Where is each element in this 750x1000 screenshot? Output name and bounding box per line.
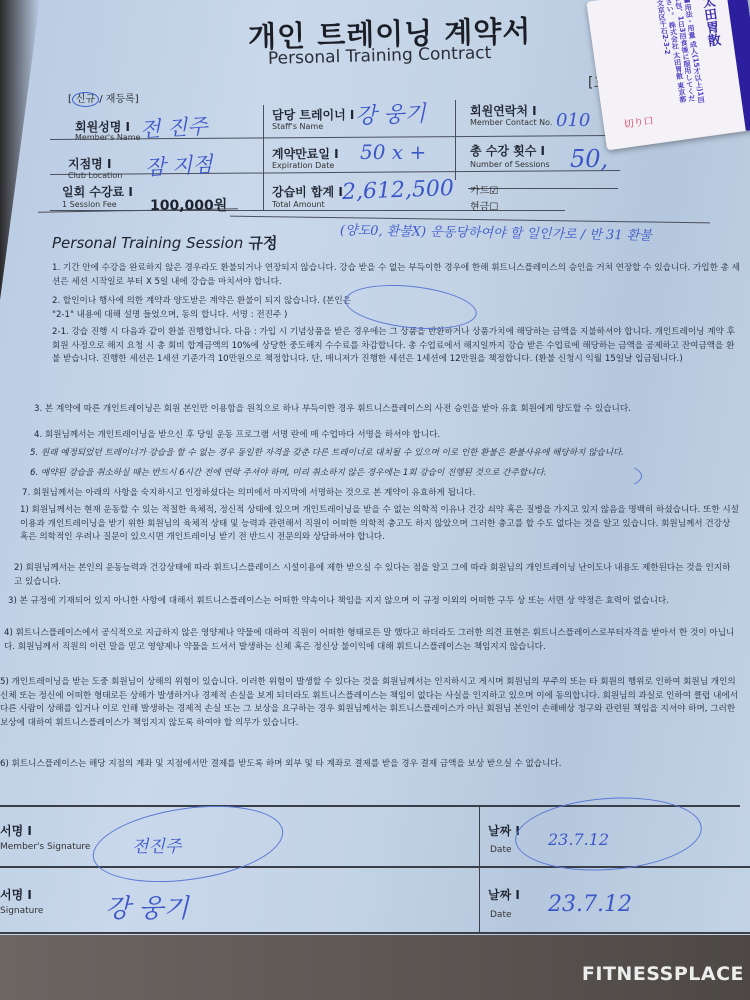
registration-type: [신규/ 재등록] bbox=[68, 90, 139, 105]
rules-title-ko: 규정 bbox=[249, 234, 278, 252]
pen-arc-mark bbox=[540, 460, 642, 492]
rule-item: 4) 휘트니스플레이스에서 공식적으로 지급하지 않은 영양제나 약물에 대하여… bbox=[4, 627, 740, 654]
number-of-sessions-label: 총 수강 횟수 I bbox=[470, 142, 545, 159]
session-fee-label-en: 1 Session Fee bbox=[62, 200, 117, 209]
staff-name-label-en: Staff's Name bbox=[272, 122, 323, 131]
pen-circle-mark bbox=[88, 795, 288, 893]
contract-paper: 개인 트레이닝 계약서 Personal Training Contract [… bbox=[0, 0, 750, 1000]
member-name-value[interactable]: 전 진주 bbox=[139, 110, 208, 143]
rule-item: 1) 회원님께서는 현재 운동할 수 있는 적절한 육체적, 정신적 상태에 있… bbox=[20, 504, 740, 545]
rule-item: 3. 본 계약에 따른 개인트레이닝은 회원 본인만 이용함을 원칙으로 하나 … bbox=[34, 403, 724, 417]
staff-name-value[interactable]: 강 웅기 bbox=[354, 97, 426, 130]
checkbox-icon: ☑ bbox=[489, 186, 498, 197]
medicine-packet: ■用法・用量 成人(15才以上)1回1包、1日3回食後に服用してください。 株式… bbox=[586, 0, 750, 150]
staff-signature-label-en: Signature bbox=[0, 906, 43, 916]
registration-new: 신규 bbox=[72, 92, 99, 107]
member-contact-label-en: Member Contact No. bbox=[470, 118, 552, 127]
packet-cut-label: 切り口 bbox=[623, 112, 655, 131]
checkbox-icon: ☐ bbox=[489, 202, 498, 213]
member-contact-label: 회원연락처 I bbox=[470, 102, 537, 119]
session-fee-label: 일회 수강료 I bbox=[62, 183, 133, 200]
rule-item: 2) 회원님께서는 본인의 운동능력과 건강상태에 따라 휘트니스플레이스 시설… bbox=[14, 562, 734, 589]
form-divider bbox=[50, 170, 620, 175]
rule-item: 5) 개인트레이닝을 받는 도중 회원님이 상해의 위험이 있습니다. 이러한 … bbox=[0, 676, 740, 730]
rule-item: 2. 할인이나 행사에 의한 계약과 양도받은 계약은 환불이 되지 않습니다.… bbox=[52, 295, 352, 322]
member-signature-value[interactable]: 전진주 bbox=[132, 832, 181, 857]
packet-color-band bbox=[725, 0, 750, 131]
member-date-value[interactable]: 23.7.12 bbox=[548, 830, 609, 849]
rules-title: Personal Training Session 규정 bbox=[52, 232, 278, 253]
brand-logo: FITNESSPLACE bbox=[582, 963, 744, 985]
payment-card-label: 카드 bbox=[470, 186, 489, 197]
expiration-date-label-en: Expiration Date bbox=[272, 161, 334, 170]
member-contact-value[interactable]: 010 bbox=[556, 110, 590, 131]
member-signature-label-en: Member's Signature bbox=[0, 842, 90, 852]
staff-name-label: 담당 트레이너 I bbox=[272, 106, 354, 123]
total-amount-label-en: Total Amount bbox=[272, 200, 325, 209]
payment-card[interactable]: 카드☑ bbox=[470, 182, 498, 197]
member-signature-label: 서명 I bbox=[0, 822, 32, 839]
total-amount-label: 강습비 합계 I bbox=[272, 183, 343, 200]
staff-date-label-en: Date bbox=[490, 910, 512, 920]
form-divider bbox=[455, 100, 456, 180]
number-of-sessions-value[interactable]: 50, bbox=[570, 145, 608, 173]
club-location-label-en: Club Location bbox=[68, 171, 122, 180]
signature-divider bbox=[0, 932, 750, 934]
expiration-date-label: 계약만료일 I bbox=[272, 145, 339, 162]
rule-item: 3) 본 규정에 기재되어 있지 아니한 사항에 대해서 휘트니스플레이스는 어… bbox=[8, 595, 738, 609]
rule-item: 6) 휘트니스플레이스는 해당 지점의 계좌 및 지점에서만 결제를 받도록 하… bbox=[0, 758, 740, 772]
payment-cash-label: 현금 bbox=[470, 202, 489, 213]
packet-brand: 太田胃散 bbox=[697, 0, 723, 48]
club-location-label: 지점명 I bbox=[68, 155, 111, 172]
rule-item: 2-1. 강습 진행 시 다음과 같이 환불 진행합니다. 다음 : 가입 시 … bbox=[52, 326, 742, 367]
handwritten-note: (양도0, 환불X) 운동당하여야 할 일인가로 / 반 31 환불 bbox=[340, 219, 652, 243]
staff-signature-value[interactable]: 강 웅기 bbox=[105, 888, 189, 925]
form-divider bbox=[263, 105, 264, 210]
member-name-label-en: Member's Name bbox=[75, 133, 140, 142]
total-amount-value[interactable]: 2,612,500 bbox=[342, 176, 455, 205]
payment-cash[interactable]: 현금☐ bbox=[470, 198, 498, 213]
expiration-date-value[interactable]: 50 x + bbox=[360, 140, 426, 164]
session-fee-value: 100,000원 bbox=[150, 195, 227, 215]
packet-text: ■用法・用量 成人(15才以上)1回1包、1日3回食後に服用してください。 株式… bbox=[601, 0, 705, 117]
footer-band: FITNESSPLACE bbox=[0, 935, 750, 1000]
staff-date-value[interactable]: 23.7.12 bbox=[548, 892, 632, 917]
signature-col-divider bbox=[479, 806, 480, 932]
staff-date-label: 날짜 I bbox=[488, 886, 520, 903]
number-of-sessions-label-en: Number of Sessions bbox=[470, 160, 550, 169]
member-date-label-en: Date bbox=[490, 845, 512, 855]
staff-signature-label: 서명 I bbox=[0, 886, 32, 903]
registration-renew: 재등록 bbox=[106, 94, 135, 105]
club-location-value[interactable]: 잠 지점 bbox=[144, 148, 213, 181]
rule-item: 4. 회원님께서는 개인트레이닝을 받으신 후 당일 운동 프로그램 서명 란에… bbox=[34, 429, 724, 443]
rules-title-en: Personal Training Session bbox=[52, 234, 243, 252]
rule-item: 5. 원래 예정되었던 트레이너가 강습을 할 수 없는 경우 동일한 자격을 … bbox=[30, 447, 720, 461]
